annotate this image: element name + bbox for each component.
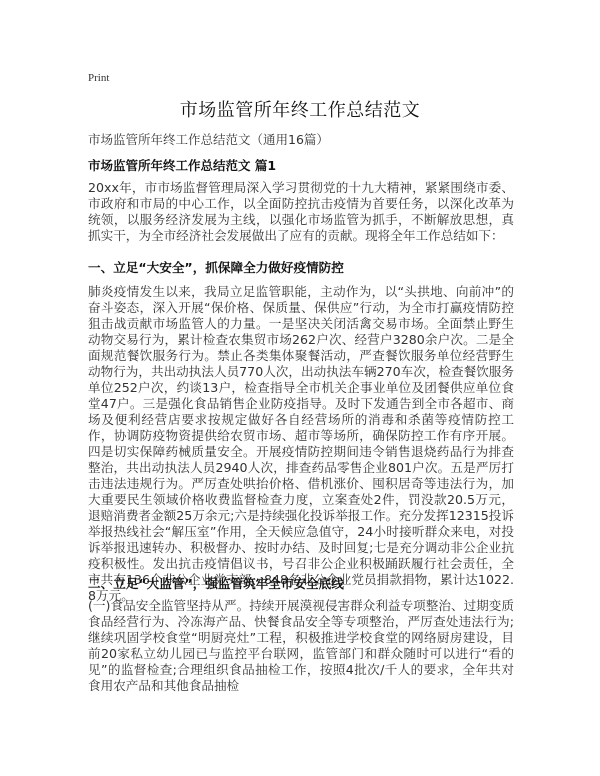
intro-paragraph: 20xx年，市市场监督管理局深入学习贯彻党的十九大精神，紧紧围绕市委、市政府和市…: [88, 180, 514, 244]
document-title: 市场监管所年终工作总结范文: [0, 96, 600, 122]
document-subtitle: 市场监管所年终工作总结范文（通用16篇）: [88, 130, 329, 148]
print-link[interactable]: Print: [88, 72, 109, 84]
section-1-heading: 一、立足“大安全”，抓保障全力做好疫情防控: [88, 257, 344, 276]
section-1-paragraph: 肺炎疫情发生以来，我局立足监管职能，主动作为，以“头拱地、向前冲”的奋斗姿态，深…: [88, 284, 514, 604]
section-2-heading: 二、立足“大监管”，强监管筑牢全市安全底线: [88, 573, 344, 592]
section-2-paragraph: (一)食品安全监管坚持从严。持续开展漠视侵害群众利益专项整治、过期变质食品经营行…: [88, 598, 514, 694]
document-page: Print 市场监管所年终工作总结范文 市场监管所年终工作总结范文（通用16篇）…: [0, 0, 600, 776]
article-heading: 市场监管所年终工作总结范文 篇1: [88, 156, 276, 174]
